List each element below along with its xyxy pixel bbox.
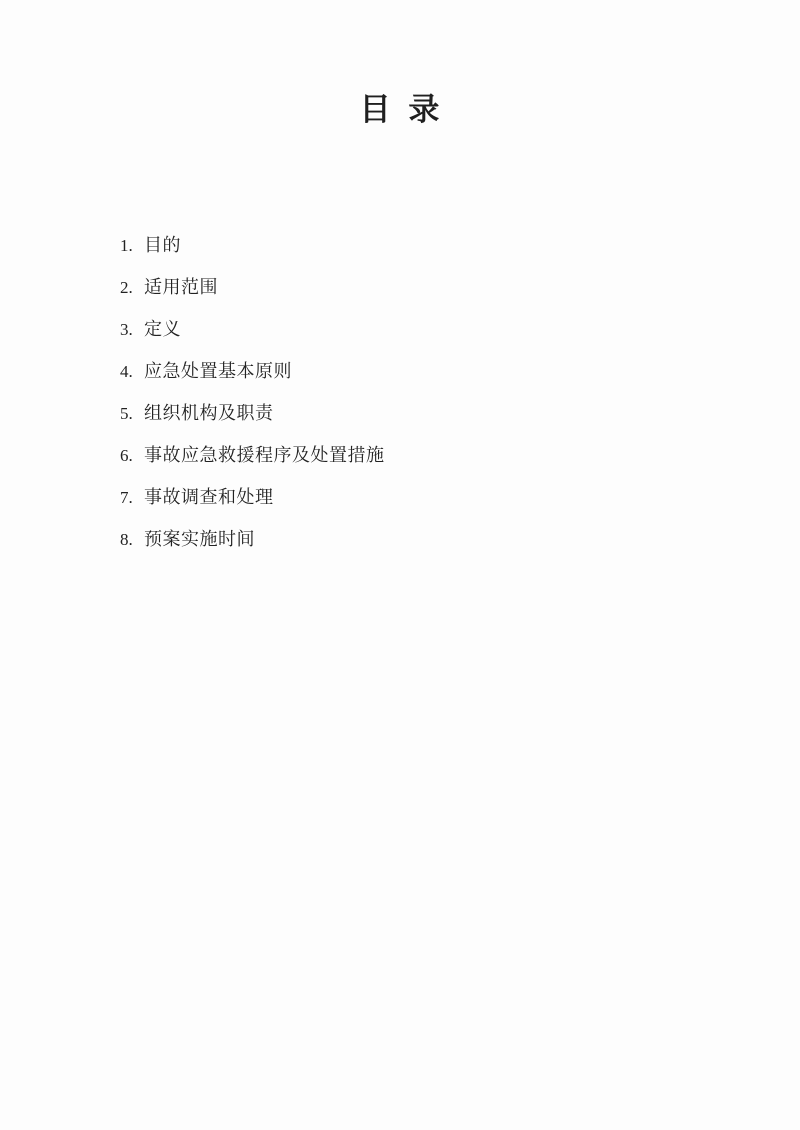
toc-item-number: 7. <box>120 477 144 519</box>
toc-item-label: 目的 <box>144 235 181 255</box>
toc-list: 1.目的2.适用范围3.定义4.应急处置基本原则5.组织机构及职责6.事故应急救… <box>120 224 800 560</box>
toc-item-label: 预案实施时间 <box>144 529 255 549</box>
toc-item-number: 6. <box>120 435 144 477</box>
toc-item-2: 2.适用范围 <box>120 266 800 308</box>
toc-item-1: 1.目的 <box>120 224 800 266</box>
toc-item-6: 6.事故应急救援程序及处置措施 <box>120 434 800 476</box>
toc-item-7: 7.事故调查和处理 <box>120 476 800 518</box>
toc-item-label: 定义 <box>144 319 181 339</box>
toc-item-number: 5. <box>120 393 144 435</box>
toc-item-3: 3.定义 <box>120 308 800 350</box>
toc-item-number: 3. <box>120 309 144 351</box>
toc-item-label: 应急处置基本原则 <box>144 361 292 381</box>
toc-item-5: 5.组织机构及职责 <box>120 392 800 434</box>
toc-item-number: 1. <box>120 225 144 267</box>
toc-item-number: 2. <box>120 267 144 309</box>
toc-item-8: 8.预案实施时间 <box>120 518 800 560</box>
toc-item-label: 事故应急救援程序及处置措施 <box>144 445 385 465</box>
toc-item-label: 事故调查和处理 <box>144 487 274 507</box>
toc-item-number: 4. <box>120 351 144 393</box>
toc-item-label: 组织机构及职责 <box>144 403 274 423</box>
toc-item-4: 4.应急处置基本原则 <box>120 350 800 392</box>
toc-item-number: 8. <box>120 519 144 561</box>
page-title: 目 录 <box>0 0 800 128</box>
toc-item-label: 适用范围 <box>144 277 218 297</box>
document-page: 目 录 1.目的2.适用范围3.定义4.应急处置基本原则5.组织机构及职责6.事… <box>0 0 800 1130</box>
